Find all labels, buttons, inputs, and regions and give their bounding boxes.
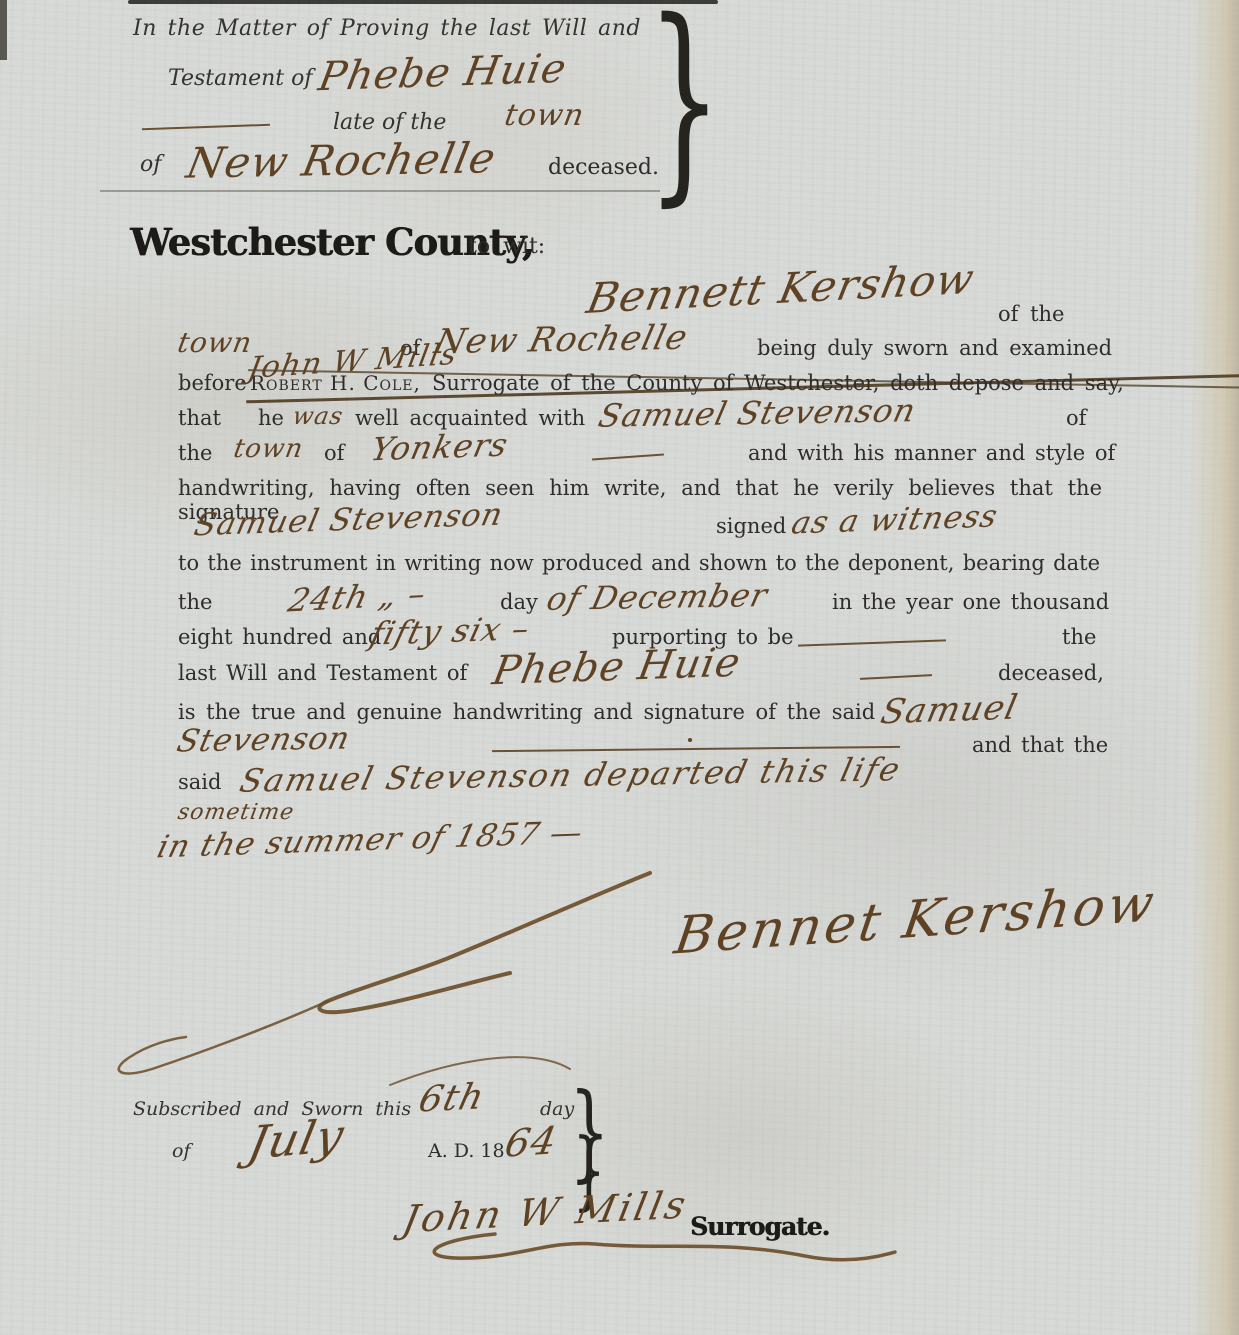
caption-place: New Rochelle [183, 133, 501, 187]
said-word: said [178, 770, 221, 794]
last-will-text: last Will and Testament of [178, 661, 467, 685]
signature-flourish [90, 855, 730, 1095]
samuel-script: Samuel [877, 688, 1021, 733]
to-wit-label: to wit: [468, 234, 545, 259]
caption-testament-of: Testament of [168, 66, 313, 91]
caption-deceased: deceased. [548, 155, 659, 180]
of-word-2: of [1066, 406, 1086, 430]
town-script-2: town [231, 434, 305, 464]
the-word-3: the [1062, 625, 1096, 649]
manner-text: and with his manner and style of [748, 441, 1115, 465]
month-script: of December [543, 576, 772, 618]
before-word: before [178, 371, 247, 395]
dash-stroke [592, 453, 664, 460]
jurat-year-script: 64 [502, 1118, 561, 1165]
the-word-2: the [178, 590, 212, 614]
surrogate-label: Surrogate. [690, 1212, 829, 1241]
document-page: In the Matter of Proving the last Will a… [0, 0, 1239, 1335]
he-word: he [258, 406, 284, 430]
caption-town-word: town [502, 98, 587, 133]
was-script: was [291, 402, 346, 430]
blank-line-dash [142, 124, 270, 130]
deceased-word-2: deceased, [998, 661, 1104, 685]
the-word-1: the [178, 441, 212, 465]
jurat-of-word: of [172, 1140, 190, 1162]
testator-name-script-2: Phebe Huie [489, 640, 744, 695]
town-script-1: town [175, 326, 255, 359]
page-edge-shadow [1191, 0, 1239, 1335]
witness-town-script: Yonkers [367, 426, 512, 469]
caption-line1: In the Matter of Proving the last Will a… [133, 16, 641, 41]
eight-hundred-text: eight hundred and [178, 625, 381, 649]
instrument-line: to the instrument in writing now produce… [178, 551, 1100, 575]
as-a-witness-script: as a witness [788, 498, 1001, 541]
deponent-name-script: Bennett Kershow [583, 254, 979, 323]
dash-stroke [860, 674, 932, 680]
witness-name-script-1: Samuel Stevenson [595, 391, 920, 434]
year-text: in the year one thousand [832, 590, 1109, 614]
ink-dot [688, 738, 692, 742]
jurat-ad-printed: A. D. 18 [428, 1140, 505, 1162]
sworn-text: being duly sworn and examined [757, 336, 1112, 360]
signed-word: signed [716, 514, 786, 538]
caption-bottom-rule [100, 190, 660, 192]
caption-late-of-the: late of the [333, 110, 446, 135]
genuine-line: is the true and genuine handwriting and … [178, 700, 875, 724]
stevenson-script: Stevenson [173, 721, 353, 760]
of-word-3: of [324, 441, 344, 465]
jurat-month-script: July [244, 1108, 349, 1170]
brace-icon: } [647, 0, 722, 207]
of-the-text: of the [998, 302, 1064, 326]
dash-stroke [798, 639, 946, 646]
sometime-script: sometime [176, 800, 297, 825]
caption-of: of [140, 152, 161, 177]
caption-testator-name: Phebe Huie [315, 46, 570, 101]
residence-script: New Rochelle [431, 318, 692, 362]
jurat-day-number: 6th [415, 1076, 489, 1120]
page-top-edge [128, 0, 718, 4]
that-word: that [178, 406, 221, 430]
deponent-signature: Bennet Kershow [671, 873, 1161, 966]
surrogate-text: Surrogate of the County of Westchester, … [432, 371, 1124, 395]
year-script: fifty six – [366, 609, 534, 652]
and-that-the-text: and that the [972, 733, 1108, 757]
page-corner-mark [0, 0, 7, 60]
departed-script: Samuel Stevenson departed this life [236, 750, 905, 799]
